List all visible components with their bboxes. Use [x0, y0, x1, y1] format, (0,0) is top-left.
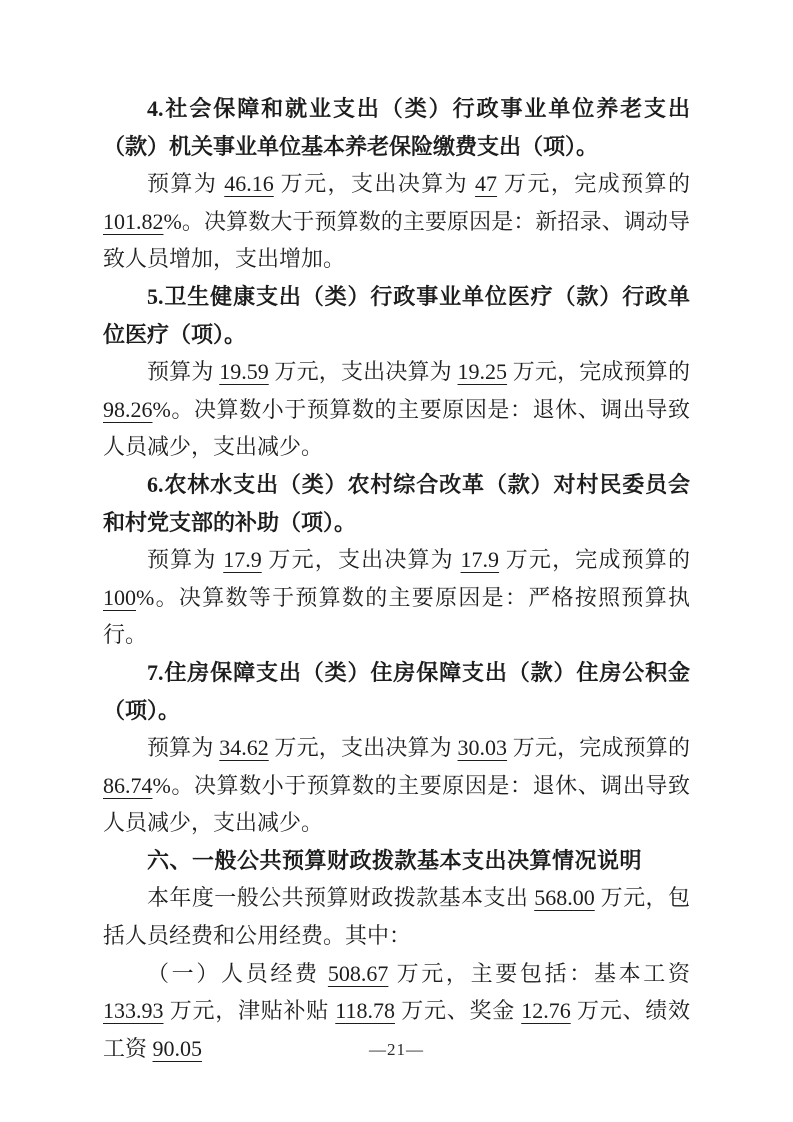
text-run: 预算为 [147, 547, 223, 572]
text-run: （一）人员经费 [147, 961, 328, 986]
text-run: 万元，津贴补贴 [164, 998, 336, 1023]
document-page: 4.社会保障和就业支出（类）行政事业单位养老支出（款）机关事业单位基本养老保险缴… [0, 0, 793, 1122]
underlined-number: 17.9 [461, 547, 500, 572]
underlined-number: 19.25 [458, 359, 508, 384]
underlined-number: 98.26 [103, 397, 153, 422]
item-4-body: 预算为 46.16 万元，支出决算为 47 万元，完成预算的 101.82%。决… [103, 165, 690, 278]
section-6-heading: 六、一般公共预算财政拨款基本支出决算情况说明 [103, 842, 690, 880]
text-run: 预算为 [147, 735, 219, 760]
underlined-number: 118.78 [335, 998, 395, 1023]
item-7-heading: 7.住房保障支出（类）住房保障支出（款）住房公积金（项）。 [103, 654, 690, 729]
underlined-number: 508.67 [328, 961, 389, 986]
section-6-intro: 本年度一般公共预算财政拨款基本支出 568.00 万元，包括人员经费和公用经费。… [103, 879, 690, 954]
underlined-number: 30.03 [458, 735, 508, 760]
underlined-number: 19.59 [219, 359, 269, 384]
underlined-number: 47 [475, 171, 497, 196]
text-run: 万元，完成预算的 [497, 171, 690, 196]
text-run: 万元，主要包括：基本工资 [388, 961, 690, 986]
text-run: 万元，支出决算为 [269, 735, 458, 760]
text-run: 万元、奖金 [395, 998, 521, 1023]
text-run: 六、一般公共预算财政拨款基本支出决算情况说明 [147, 848, 642, 873]
item-5-heading: 5.卫生健康支出（类）行政事业单位医疗（款）行政单位医疗（项）。 [103, 278, 690, 353]
text-run: 6.农林水支出（类）农村综合改革（款）对村民委员会和村党支部的补助（项）。 [103, 472, 690, 535]
item-6-heading: 6.农林水支出（类）农村综合改革（款）对村民委员会和村党支部的补助（项）。 [103, 466, 690, 541]
text-run: 万元，完成预算的 [499, 547, 690, 572]
text-run: 4.社会保障和就业支出（类）行政事业单位养老支出（款）机关事业单位基本养老保险缴… [103, 96, 690, 159]
page-number: —21— [0, 1040, 793, 1060]
underlined-number: 12.76 [521, 998, 571, 1023]
item-5-body: 预算为 19.59 万元，支出决算为 19.25 万元，完成预算的 98.26%… [103, 353, 690, 466]
underlined-number: 34.62 [219, 735, 269, 760]
text-run: 预算为 [147, 171, 224, 196]
document-text: 4.社会保障和就业支出（类）行政事业单位养老支出（款）机关事业单位基本养老保险缴… [103, 90, 690, 1067]
text-run: 万元，完成预算的 [507, 735, 690, 760]
text-run: 5.卫生健康支出（类）行政事业单位医疗（款）行政单位医疗（项）。 [103, 284, 690, 347]
text-run: 本年度一般公共预算财政拨款基本支出 [147, 885, 534, 910]
text-run: 万元，支出决算为 [274, 171, 475, 196]
text-run: 万元，完成预算的 [507, 359, 690, 384]
text-run: 预算为 [147, 359, 219, 384]
underlined-number: 100 [103, 585, 136, 610]
underlined-number: 133.93 [103, 998, 164, 1023]
underlined-number: 101.82 [103, 209, 164, 234]
text-run: 万元，支出决算为 [269, 359, 458, 384]
item-7-body: 预算为 34.62 万元，支出决算为 30.03 万元，完成预算的 86.74%… [103, 729, 690, 842]
text-run: %。决算数大于预算数的主要原因是：新招录、调动导致人员增加，支出增加。 [103, 209, 690, 272]
item-4-heading: 4.社会保障和就业支出（类）行政事业单位养老支出（款）机关事业单位基本养老保险缴… [103, 90, 690, 165]
text-run: %。决算数小于预算数的主要原因是：退休、调出导致人员减少，支出减少。 [103, 773, 690, 836]
text-run: 7.住房保障支出（类）住房保障支出（款）住房公积金（项）。 [103, 660, 690, 723]
underlined-number: 568.00 [534, 885, 595, 910]
underlined-number: 46.16 [224, 171, 274, 196]
text-run: %。决算数等于预算数的主要原因是：严格按照预算执行。 [103, 585, 690, 648]
underlined-number: 86.74 [103, 773, 153, 798]
text-run: %。决算数小于预算数的主要原因是：退休、调出导致人员减少，支出减少。 [103, 397, 690, 460]
text-run: 万元，支出决算为 [262, 547, 461, 572]
item-6-body: 预算为 17.9 万元，支出决算为 17.9 万元，完成预算的 100%。决算数… [103, 541, 690, 654]
underlined-number: 17.9 [223, 547, 262, 572]
